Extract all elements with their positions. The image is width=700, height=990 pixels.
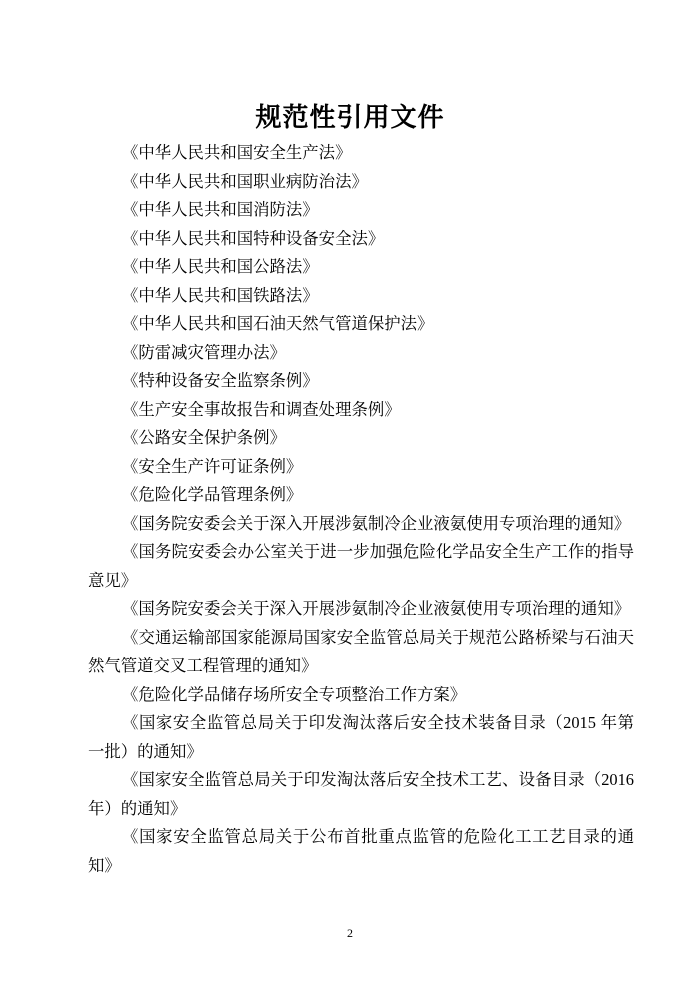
reference-item: 《危险化学品管理条例》	[88, 481, 634, 510]
reference-item: 《中华人民共和国公路法》	[88, 253, 634, 282]
reference-item: 《危险化学品储存场所安全专项整治工作方案》	[88, 681, 634, 710]
reference-item: 《安全生产许可证条例》	[88, 453, 634, 482]
reference-item: 《生产安全事故报告和调查处理条例》	[88, 396, 634, 425]
reference-item: 《中华人民共和国特种设备安全法》	[88, 225, 634, 254]
reference-item: 《防雷减灾管理办法》	[88, 339, 634, 368]
page-title: 规范性引用文件	[0, 0, 700, 133]
reference-item: 《国家安全监管总局关于公布首批重点监管的危险化工工艺目录的通知》	[88, 823, 634, 880]
document-page: 规范性引用文件 《中华人民共和国安全生产法》《中华人民共和国职业病防治法》《中华…	[0, 0, 700, 990]
reference-item: 《中华人民共和国安全生产法》	[88, 139, 634, 168]
reference-list: 《中华人民共和国安全生产法》《中华人民共和国职业病防治法》《中华人民共和国消防法…	[88, 139, 634, 880]
reference-item: 《中华人民共和国铁路法》	[88, 282, 634, 311]
page-number: 2	[0, 926, 700, 940]
reference-item: 《国务院安委会关于深入开展涉氨制冷企业液氨使用专项治理的通知》	[88, 595, 634, 624]
reference-item: 《中华人民共和国石油天然气管道保护法》	[88, 310, 634, 339]
reference-item: 《中华人民共和国消防法》	[88, 196, 634, 225]
reference-item: 《交通运输部国家能源局国家安全监管总局关于规范公路桥梁与石油天然气管道交叉工程管…	[88, 624, 634, 681]
reference-item: 《国务院安委会办公室关于进一步加强危险化学品安全生产工作的指导意见》	[88, 538, 634, 595]
reference-item: 《公路安全保护条例》	[88, 424, 634, 453]
reference-item: 《国家安全监管总局关于印发淘汰落后安全技术工艺、设备目录（2016 年）的通知》	[88, 766, 634, 823]
reference-item: 《特种设备安全监察条例》	[88, 367, 634, 396]
reference-item: 《中华人民共和国职业病防治法》	[88, 168, 634, 197]
reference-item: 《国家安全监管总局关于印发淘汰落后安全技术装备目录（2015 年第一批）的通知》	[88, 709, 634, 766]
reference-item: 《国务院安委会关于深入开展涉氨制冷企业液氨使用专项治理的通知》	[88, 510, 634, 539]
